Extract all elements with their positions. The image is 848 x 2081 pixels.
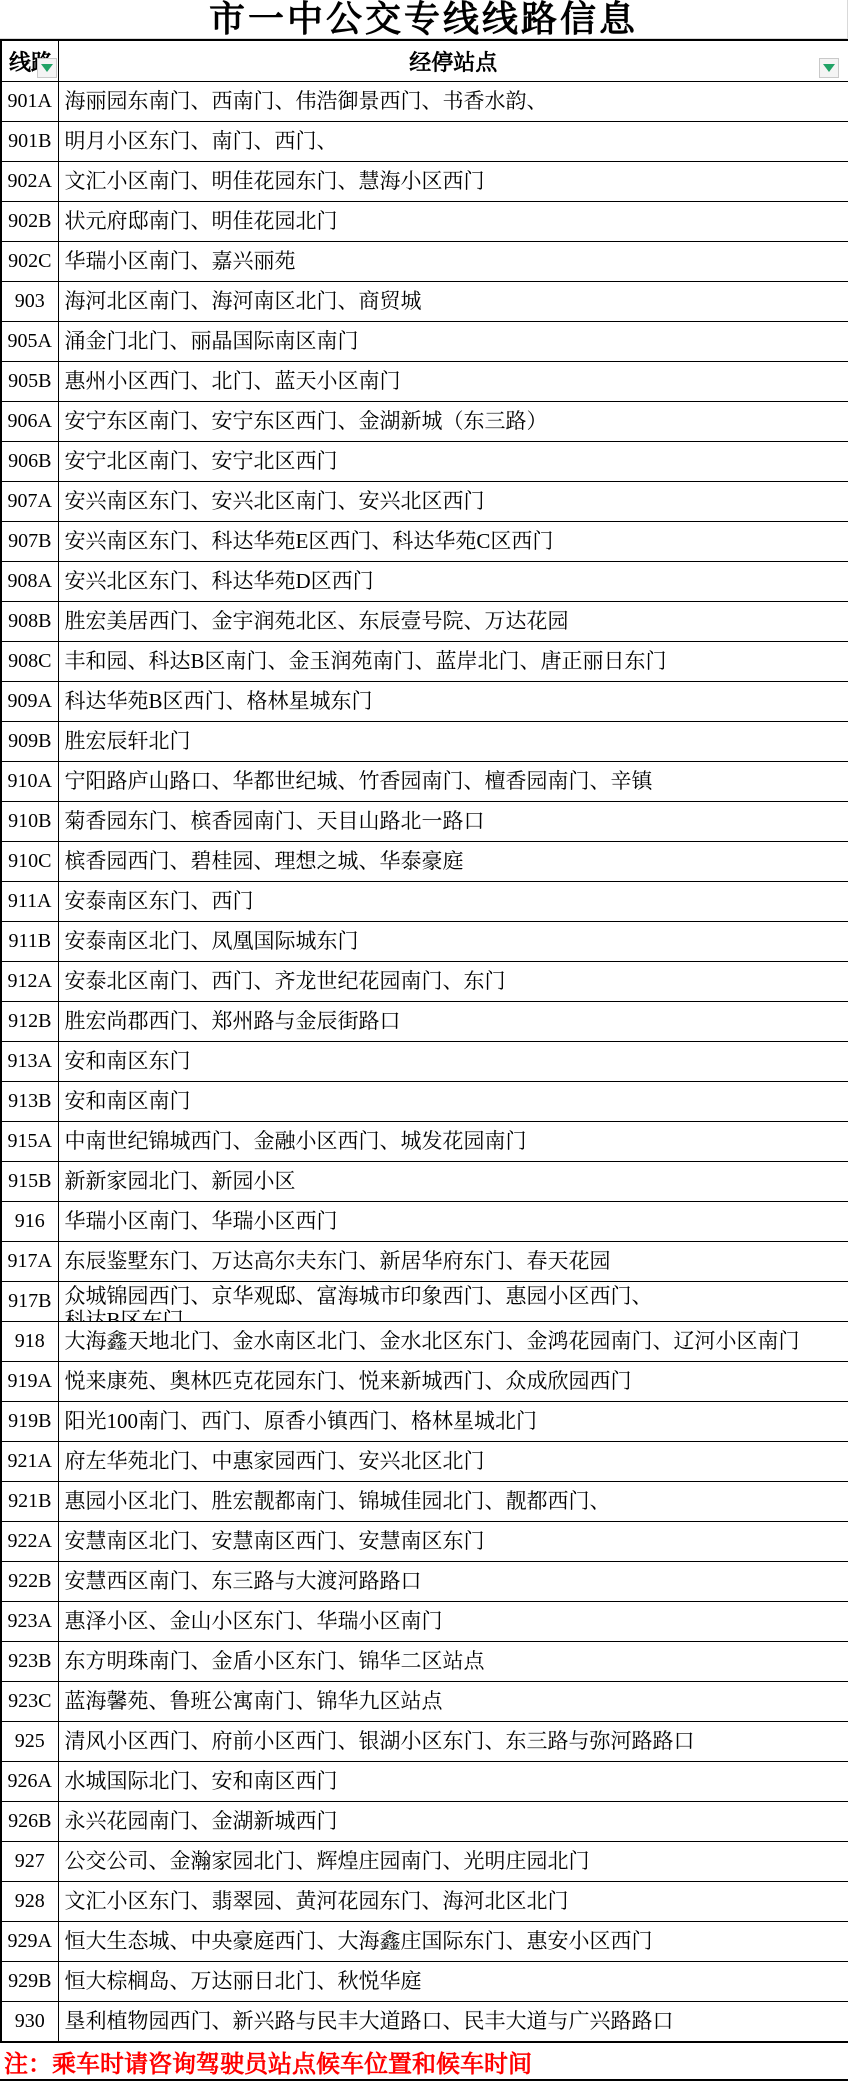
stops-column-label: 经停站点 (409, 50, 497, 75)
table-row: 907A 安兴南区东门、安兴北区南门、安兴北区西门 (1, 482, 848, 522)
route-cell[interactable]: 902B (1, 202, 58, 242)
stops-cell[interactable]: 府左华苑北门、中惠家园西门、安兴北区北门 (58, 1442, 848, 1482)
stops-cell[interactable]: 惠园小区北门、胜宏靓都南门、锦城佳园北门、靓都西门、 (58, 1482, 848, 1522)
table-row: 902A 文汇小区南门、明佳花园东门、慧海小区西门 (1, 162, 848, 202)
table-row: 925 清风小区西门、府前小区西门、银湖小区东门、东三路与弥河路路口 (1, 1722, 848, 1762)
table-row: 908C 丰和园、科达B区南门、金玉润苑南门、蓝岸北门、唐正丽日东门 (1, 642, 848, 682)
table-row: 927 公交公司、金瀚家园北门、辉煌庄园南门、光明庄园北门 (1, 1842, 848, 1882)
table-row: 905B 惠州小区西门、北门、蓝天小区南门 (1, 362, 848, 402)
table-row: 917B 众城锦园西门、京华观邸、富海城市印象西门、惠园小区西门、 科达B区东门 (1, 1282, 848, 1322)
stops-cell[interactable]: 胜宏美居西门、金宇润苑北区、东辰壹号院、万达花园 (58, 602, 848, 642)
stops-cell[interactable]: 公交公司、金瀚家园北门、辉煌庄园南门、光明庄园北门 (58, 1842, 848, 1882)
route-cell[interactable]: 913B (1, 1082, 58, 1122)
route-column-header: 线路 (1, 40, 58, 82)
stops-cell[interactable]: 中南世纪锦城西门、金融小区西门、城发花园南门 (58, 1122, 848, 1162)
stops-cell[interactable]: 科达华苑B区西门、格林星城东门 (58, 682, 848, 722)
route-cell[interactable]: 929A (1, 1922, 58, 1962)
route-cell[interactable]: 918 (1, 1322, 58, 1362)
stops-cell[interactable]: 众城锦园西门、京华观邸、富海城市印象西门、惠园小区西门、 科达B区东门 (58, 1282, 848, 1322)
route-cell[interactable]: 912A (1, 962, 58, 1002)
stops-cell[interactable]: 海河北区南门、海河南区北门、商贸城 (58, 282, 848, 322)
table-row: 913B 安和南区南门 (1, 1082, 848, 1122)
table-row: 929B 恒大棕榈岛、万达丽日北门、秋悦华庭 (1, 1962, 848, 2002)
route-cell[interactable]: 922A (1, 1522, 58, 1562)
table-row: 916 华瑞小区南门、华瑞小区西门 (1, 1202, 848, 1242)
table-row: 907B 安兴南区东门、科达华苑E区西门、科达华苑C区西门 (1, 522, 848, 562)
filter-dropdown-icon (41, 64, 53, 72)
stops-cell[interactable]: 清风小区西门、府前小区西门、银湖小区东门、东三路与弥河路路口 (58, 1722, 848, 1762)
route-cell[interactable]: 912B (1, 1002, 58, 1042)
stops-cell[interactable]: 阳光100南门、西门、原香小镇西门、格林星城北门 (58, 1402, 848, 1442)
table-row: 906B 安宁北区南门、安宁北区西门 (1, 442, 848, 482)
route-cell[interactable]: 908A (1, 562, 58, 602)
stops-cell[interactable]: 蓝海馨苑、鲁班公寓南门、锦华九区站点 (58, 1682, 848, 1722)
route-cell[interactable]: 923A (1, 1602, 58, 1642)
stops-cell[interactable]: 丰和园、科达B区南门、金玉润苑南门、蓝岸北门、唐正丽日东门 (58, 642, 848, 682)
route-cell[interactable]: 910A (1, 762, 58, 802)
route-cell[interactable]: 921A (1, 1442, 58, 1482)
table-row: 917A 东辰鉴墅东门、万达高尔夫东门、新居华府东门、春天花园 (1, 1242, 848, 1282)
stops-cell[interactable]: 安兴南区东门、安兴北区南门、安兴北区西门 (58, 482, 848, 522)
table-row: 921B 惠园小区北门、胜宏靓都南门、锦城佳园北门、靓都西门、 (1, 1482, 848, 1522)
stops-cell[interactable]: 胜宏辰轩北门 (58, 722, 848, 762)
route-cell[interactable]: 901A (1, 82, 58, 122)
stops-cell[interactable]: 安宁北区南门、安宁北区西门 (58, 442, 848, 482)
route-cell[interactable]: 917A (1, 1242, 58, 1282)
route-cell[interactable]: 919B (1, 1402, 58, 1442)
stops-cell[interactable]: 垦利植物园西门、新兴路与民丰大道路口、民丰大道与广兴路路口 (58, 2002, 848, 2043)
stops-cell[interactable]: 东方明珠南门、金盾小区东门、锦华二区站点 (58, 1642, 848, 1682)
table-row: 909A 科达华苑B区西门、格林星城东门 (1, 682, 848, 722)
stops-cell[interactable]: 槟香园西门、碧桂园、理想之城、华泰豪庭 (58, 842, 848, 882)
header-row: 线路 经停站点 (1, 40, 848, 82)
route-cell[interactable]: 915B (1, 1162, 58, 1202)
stops-cell[interactable]: 悦来康苑、奥林匹克花园东门、悦来新城西门、众成欣园西门 (58, 1362, 848, 1402)
table-row: 910A 宁阳路庐山路口、华都世纪城、竹香园南门、檀香园南门、辛镇 (1, 762, 848, 802)
stops-cell[interactable]: 状元府邸南门、明佳花园北门 (58, 202, 848, 242)
table-row: 911B 安泰南区北门、凤凰国际城东门 (1, 922, 848, 962)
filter-dropdown-icon (823, 64, 835, 72)
route-cell[interactable]: 930 (1, 2002, 58, 2043)
table-row: 929A 恒大生态城、中央豪庭西门、大海鑫庄国际东门、惠安小区西门 (1, 1922, 848, 1962)
stops-cell[interactable]: 文汇小区东门、翡翠园、黄河花园东门、海河北区北门 (58, 1882, 848, 1922)
table-row: 923C 蓝海馨苑、鲁班公寓南门、锦华九区站点 (1, 1682, 848, 1722)
stops-cell[interactable]: 涌金门北门、丽晶国际南区南门 (58, 322, 848, 362)
stops-cell[interactable]: 安泰南区北门、凤凰国际城东门 (58, 922, 848, 962)
route-cell[interactable]: 926B (1, 1802, 58, 1842)
route-table: 线路 经停站点 901A 海丽园东南门、西南门、伟浩御景西门、书香水韵、 901… (0, 39, 848, 2043)
stops-cell[interactable]: 惠州小区西门、北门、蓝天小区南门 (58, 362, 848, 402)
table-row: 915A 中南世纪锦城西门、金融小区西门、城发花园南门 (1, 1122, 848, 1162)
route-cell[interactable]: 908C (1, 642, 58, 682)
route-cell[interactable]: 927 (1, 1842, 58, 1882)
route-table-body: 901A 海丽园东南门、西南门、伟浩御景西门、书香水韵、 901B 明月小区东门… (1, 82, 848, 2043)
table-row: 919A 悦来康苑、奥林匹克花园东门、悦来新城西门、众成欣园西门 (1, 1362, 848, 1402)
route-cell[interactable]: 922B (1, 1562, 58, 1602)
stops-column-header: 经停站点 (58, 40, 848, 82)
stops-cell[interactable]: 恒大生态城、中央豪庭西门、大海鑫庄国际东门、惠安小区西门 (58, 1922, 848, 1962)
table-row: 902B 状元府邸南门、明佳花园北门 (1, 202, 848, 242)
route-cell[interactable]: 915A (1, 1122, 58, 1162)
table-row: 918 大海鑫天地北门、金水南区北门、金水北区东门、金鸿花园南门、辽河小区南门 (1, 1322, 848, 1362)
route-cell[interactable]: 907B (1, 522, 58, 562)
route-cell[interactable]: 923C (1, 1682, 58, 1722)
stops-cell[interactable]: 安和南区东门 (58, 1042, 848, 1082)
table-row: 905A 涌金门北门、丽晶国际南区南门 (1, 322, 848, 362)
table-row: 911A 安泰南区东门、西门 (1, 882, 848, 922)
route-cell[interactable]: 928 (1, 1882, 58, 1922)
table-row: 901A 海丽园东南门、西南门、伟浩御景西门、书香水韵、 (1, 82, 848, 122)
table-row: 908B 胜宏美居西门、金宇润苑北区、东辰壹号院、万达花园 (1, 602, 848, 642)
stops-cell[interactable]: 安泰南区东门、西门 (58, 882, 848, 922)
stops-cell[interactable]: 华瑞小区南门、华瑞小区西门 (58, 1202, 848, 1242)
table-row: 922A 安慧南区北门、安慧南区西门、安慧南区东门 (1, 1522, 848, 1562)
stops-cell[interactable]: 东辰鉴墅东门、万达高尔夫东门、新居华府东门、春天花园 (58, 1242, 848, 1282)
stops-cell[interactable]: 安兴南区东门、科达华苑E区西门、科达华苑C区西门 (58, 522, 848, 562)
table-row: 923B 东方明珠南门、金盾小区东门、锦华二区站点 (1, 1642, 848, 1682)
stops-cell[interactable]: 恒大棕榈岛、万达丽日北门、秋悦华庭 (58, 1962, 848, 2002)
table-row: 915B 新新家园北门、新园小区 (1, 1162, 848, 1202)
route-cell[interactable]: 917B (1, 1282, 58, 1322)
table-row: 926B 永兴花园南门、金湖新城西门 (1, 1802, 848, 1842)
title-band: 市一中公交专线线路信息 (0, 0, 848, 39)
stops-cell[interactable]: 安和南区南门 (58, 1082, 848, 1122)
table-row: 930 垦利植物园西门、新兴路与民丰大道路口、民丰大道与广兴路路口 (1, 2002, 848, 2043)
table-row: 923A 惠泽小区、金山小区东门、华瑞小区南门 (1, 1602, 848, 1642)
stops-cell[interactable]: 明月小区东门、南门、西门、 (58, 122, 848, 162)
table-row: 910C 槟香园西门、碧桂园、理想之城、华泰豪庭 (1, 842, 848, 882)
stops-cell[interactable]: 华瑞小区南门、嘉兴丽苑 (58, 242, 848, 282)
route-cell[interactable]: 913A (1, 1042, 58, 1082)
route-cell[interactable]: 911B (1, 922, 58, 962)
table-row: 902C 华瑞小区南门、嘉兴丽苑 (1, 242, 848, 282)
route-cell[interactable]: 907A (1, 482, 58, 522)
stops-cell[interactable]: 永兴花园南门、金湖新城西门 (58, 1802, 848, 1842)
table-row: 901B 明月小区东门、南门、西门、 (1, 122, 848, 162)
table-row: 926A 水城国际北门、安和南区西门 (1, 1762, 848, 1802)
route-cell[interactable]: 929B (1, 1962, 58, 2002)
route-cell[interactable]: 906A (1, 402, 58, 442)
table-row: 909B 胜宏辰轩北门 (1, 722, 848, 762)
stops-cell[interactable]: 安宁东区南门、安宁东区西门、金湖新城（东三路） (58, 402, 848, 442)
route-cell[interactable]: 910C (1, 842, 58, 882)
stops-cell[interactable]: 海丽园东南门、西南门、伟浩御景西门、书香水韵、 (58, 82, 848, 122)
route-cell[interactable]: 905A (1, 322, 58, 362)
stops-cell[interactable]: 大海鑫天地北门、金水南区北门、金水北区东门、金鸿花园南门、辽河小区南门 (58, 1322, 848, 1362)
route-cell[interactable]: 905B (1, 362, 58, 402)
route-cell[interactable]: 909B (1, 722, 58, 762)
stops-cell[interactable]: 新新家园北门、新园小区 (58, 1162, 848, 1202)
table-row: 906A 安宁东区南门、安宁东区西门、金湖新城（东三路） (1, 402, 848, 442)
route-cell[interactable]: 921B (1, 1482, 58, 1522)
route-cell[interactable]: 910B (1, 802, 58, 842)
table-row: 908A 安兴北区东门、科达华苑D区西门 (1, 562, 848, 602)
route-filter-button[interactable] (37, 58, 57, 78)
table-row: 912B 胜宏尚郡西门、郑州路与金辰街路口 (1, 1002, 848, 1042)
route-cell[interactable]: 902A (1, 162, 58, 202)
route-cell[interactable]: 902C (1, 242, 58, 282)
table-row: 919B 阳光100南门、西门、原香小镇西门、格林星城北门 (1, 1402, 848, 1442)
route-cell[interactable]: 926A (1, 1762, 58, 1802)
route-cell[interactable]: 909A (1, 682, 58, 722)
stops-filter-button[interactable] (819, 58, 839, 78)
route-cell[interactable]: 923B (1, 1642, 58, 1682)
stops-cell[interactable]: 宁阳路庐山路口、华都世纪城、竹香园南门、檀香园南门、辛镇 (58, 762, 848, 802)
stops-cell[interactable]: 安慧南区北门、安慧南区西门、安慧南区东门 (58, 1522, 848, 1562)
stops-cell[interactable]: 安慧西区南门、东三路与大渡河路路口 (58, 1562, 848, 1602)
stops-cell[interactable]: 惠泽小区、金山小区东门、华瑞小区南门 (58, 1602, 848, 1642)
stops-cell[interactable]: 菊香园东门、槟香园南门、天目山路北一路口 (58, 802, 848, 842)
table-row: 921A 府左华苑北门、中惠家园西门、安兴北区北门 (1, 1442, 848, 1482)
route-cell[interactable]: 906B (1, 442, 58, 482)
bus-route-sheet: 市一中公交专线线路信息 线路 经停站点 901A (0, 0, 848, 2081)
route-cell[interactable]: 911A (1, 882, 58, 922)
stops-cell[interactable]: 文汇小区南门、明佳花园东门、慧海小区西门 (58, 162, 848, 202)
route-cell[interactable]: 908B (1, 602, 58, 642)
stops-cell[interactable]: 安泰北区南门、西门、齐龙世纪花园南门、东门 (58, 962, 848, 1002)
page-title: 市一中公交专线线路信息 (209, 0, 638, 38)
stops-cell[interactable]: 安兴北区东门、科达华苑D区西门 (58, 562, 848, 602)
table-row: 912A 安泰北区南门、西门、齐龙世纪花园南门、东门 (1, 962, 848, 1002)
table-row: 903 海河北区南门、海河南区北门、商贸城 (1, 282, 848, 322)
table-row: 922B 安慧西区南门、东三路与大渡河路路口 (1, 1562, 848, 1602)
table-row: 913A 安和南区东门 (1, 1042, 848, 1082)
footer-note: 注：乘车时请咨询驾驶员站点候车位置和候车时间 (0, 2043, 848, 2081)
stops-cell[interactable]: 水城国际北门、安和南区西门 (58, 1762, 848, 1802)
stops-cell[interactable]: 胜宏尚郡西门、郑州路与金辰街路口 (58, 1002, 848, 1042)
table-row: 910B 菊香园东门、槟香园南门、天目山路北一路口 (1, 802, 848, 842)
route-cell[interactable]: 903 (1, 282, 58, 322)
table-row: 928 文汇小区东门、翡翠园、黄河花园东门、海河北区北门 (1, 1882, 848, 1922)
route-cell[interactable]: 919A (1, 1362, 58, 1402)
route-cell[interactable]: 925 (1, 1722, 58, 1762)
route-cell[interactable]: 901B (1, 122, 58, 162)
route-cell[interactable]: 916 (1, 1202, 58, 1242)
